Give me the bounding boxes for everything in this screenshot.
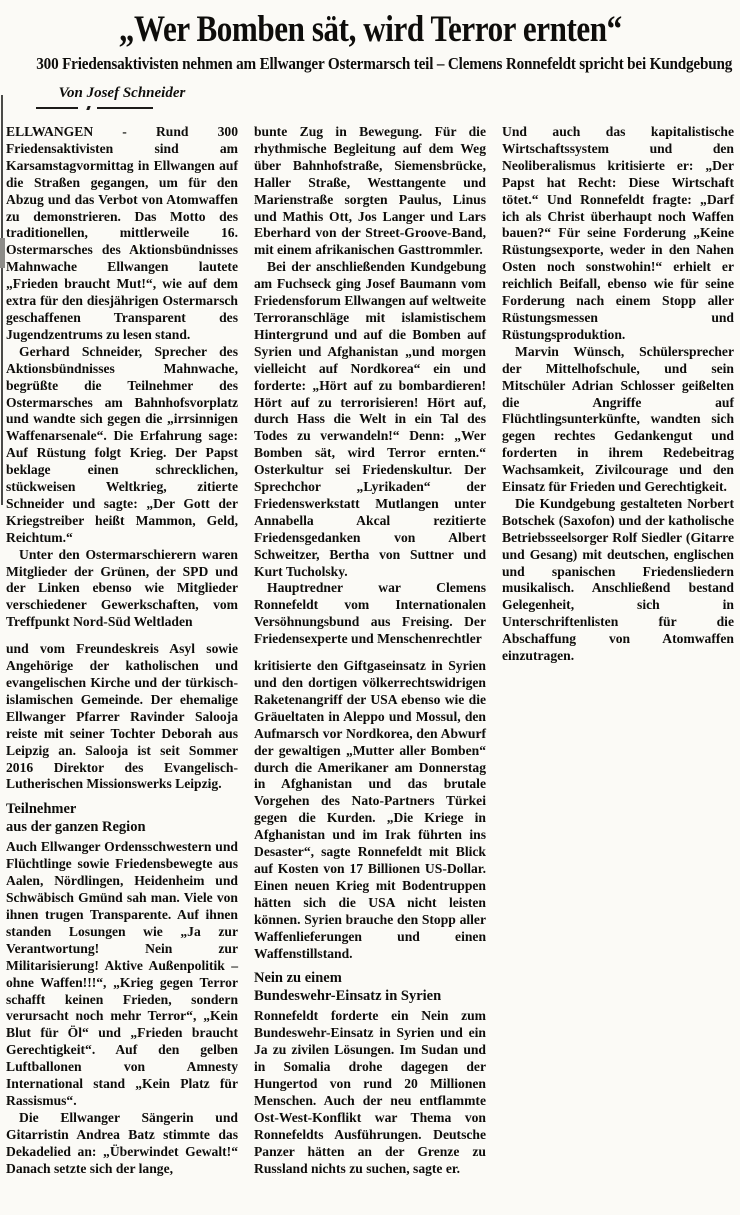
article-headline-text: „Wer Bomben sät, wird Terror ernten“ (119, 10, 622, 50)
body-paragraph: Auch Ellwanger Ordensschwestern und Flüc… (6, 839, 238, 1110)
byline-block: Von Josef Schneider (6, 82, 238, 124)
body-paragraph: Und auch das kapitalistische Wirtschafts… (502, 124, 734, 344)
byline: Von Josef Schneider (6, 85, 238, 102)
body-paragraph: Die Kundgebung gestalteten Norbert Botsc… (502, 496, 734, 665)
body-paragraph: Gerhard Schneider, Sprecher des Aktionsb… (6, 344, 238, 547)
column-1: Von Josef Schneider ELLWANGEN - Rund 300… (6, 82, 238, 1177)
body-paragraph: ELLWANGEN - Rund 300 Friedensaktivisten … (6, 124, 238, 344)
section-subheading: Teilnehmeraus der ganzen Region (6, 801, 238, 836)
column-3-top-whitespace (502, 82, 734, 124)
body-paragraph: Unter den Ostermarschierern waren Mitgli… (6, 547, 238, 632)
byline-rule-left-segment (36, 107, 78, 109)
body-paragraph: Die Ellwanger Sängerin und Gitarristin A… (6, 1110, 238, 1178)
section-subheading: Nein zu einemBundeswehr-Einsatz in Syrie… (254, 970, 486, 1005)
column-2-text: bunte Zug in Bewegung. Für die rhythmisc… (254, 124, 486, 1177)
column-3: Und auch das kapitalistische Wirtschafts… (502, 82, 734, 665)
newspaper-article-page: „Wer Bomben sät, wird Terror ernten“ 300… (0, 0, 740, 1215)
body-paragraph: Marvin Wünsch, Schülersprecher der Mitte… (502, 344, 734, 496)
article-header: „Wer Bomben sät, wird Terror ernten“ 300… (6, 10, 734, 74)
body-paragraph: Bei der anschließenden Kundgebung am Fuc… (254, 259, 486, 580)
column-3-text: Und auch das kapitalistische Wirtschafts… (502, 124, 734, 665)
column-2: bunte Zug in Bewegung. Für die rhythmisc… (254, 82, 486, 1177)
left-column-separator-line (1, 95, 3, 505)
scan-smudge-artifact (0, 238, 5, 268)
body-paragraph: Hauptredner war Clemens Ronnefeldt vom I… (254, 580, 486, 648)
column-2-top-whitespace (254, 82, 486, 124)
article-headline: „Wer Bomben sät, wird Terror ernten“ (6, 10, 734, 50)
byline-rule-ornament (86, 106, 90, 110)
body-paragraph: Ronnefeldt forderte ein Nein zum Bundesw… (254, 1008, 486, 1177)
column-1-text: ELLWANGEN - Rund 300 Friedensaktivisten … (6, 124, 238, 1177)
article-columns: Von Josef Schneider ELLWANGEN - Rund 300… (6, 82, 734, 1177)
byline-rule (36, 106, 154, 110)
body-paragraph: kritisierte den Giftgaseinsatz in Syrien… (254, 658, 486, 962)
byline-rule-right-segment (97, 107, 153, 109)
article-subtitle-text: 300 Friedensaktivisten nehmen am Ellwang… (36, 54, 732, 74)
article-subtitle: 300 Friedensaktivisten nehmen am Ellwang… (6, 54, 734, 74)
body-paragraph: bunte Zug in Bewegung. Für die rhythmisc… (254, 124, 486, 259)
body-paragraph: und vom Freundeskreis Asyl sowie Angehör… (6, 641, 238, 793)
